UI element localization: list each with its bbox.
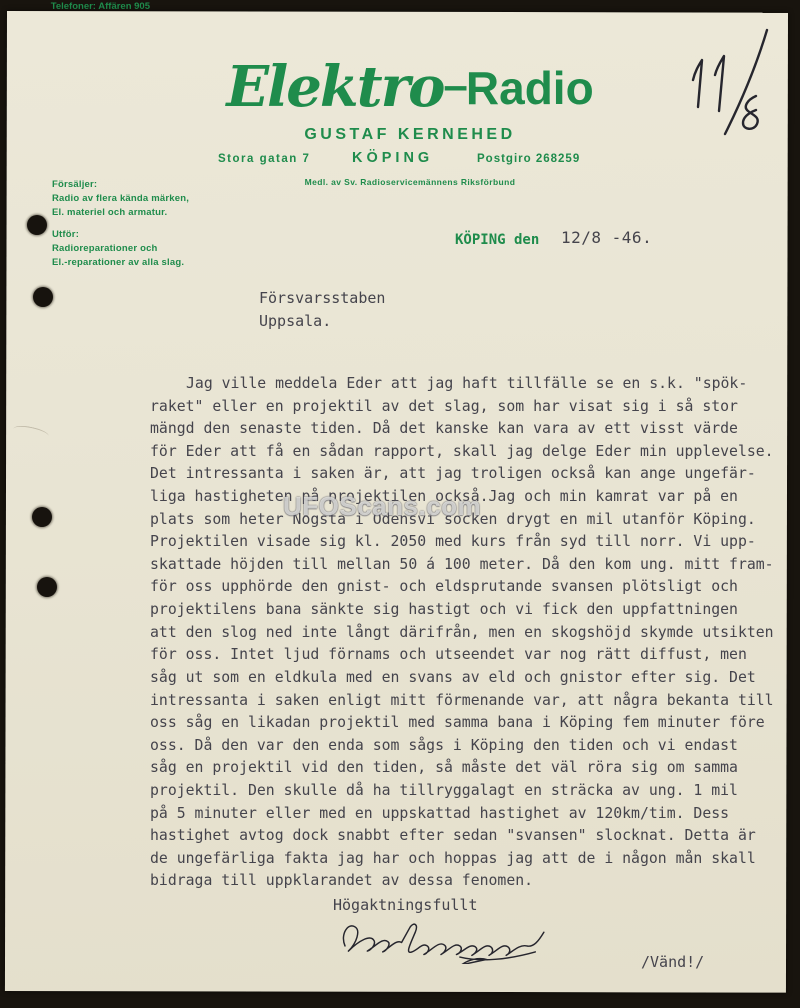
sells-block: Försäljer: Radio av flera kända märken, … — [52, 178, 189, 221]
street-address: Stora gatan 7 — [218, 153, 310, 165]
body-line: på 5 minuter eller med en uppskattad has… — [150, 805, 790, 828]
signature-handwriting-icon — [333, 909, 573, 964]
body-line: intressanta i saken enligt mitt förmenan… — [150, 692, 790, 715]
body-line: skattade höjden till mellan 50 á 100 met… — [150, 556, 790, 579]
punch-hole — [37, 577, 57, 597]
body-line: projektilens bana sänkte sig hastigt och… — [150, 601, 790, 624]
postgiro-number: Postgiro 268259 — [477, 153, 580, 165]
letter-body: Jag ville meddela Eder att jag haft till… — [150, 375, 790, 895]
recipient-block: Försvarsstaben Uppsala. — [259, 287, 385, 332]
turn-page-note: /Vänd!/ — [641, 953, 704, 971]
punch-hole — [33, 287, 53, 307]
printed-dateline: KÖPING den — [455, 232, 539, 248]
does-line: Radioreparationer och — [52, 242, 184, 256]
logo-script-text: Elektro — [226, 54, 443, 120]
watermark-text: UFOScans.com — [283, 491, 481, 522]
handwritten-date-annotation-icon — [655, 24, 795, 139]
does-title: Utför: — [52, 228, 184, 242]
body-line: för Eder att få en sådan rapport, skall … — [150, 443, 790, 466]
body-line: för oss upphörde den gnist- och eldsprut… — [150, 578, 790, 601]
body-line: såg ut som en eldkula med en svans av el… — [150, 669, 790, 692]
does-line: El.-reparationer av alla slag. — [52, 256, 184, 270]
typed-date: 12/8 -46. — [561, 228, 652, 247]
body-line: Det intressanta i saken är, att jag trol… — [150, 465, 790, 488]
body-line: oss. Då den var den enda som sågs i Köpi… — [150, 737, 790, 760]
punch-hole — [32, 507, 52, 527]
city-name: KÖPING — [352, 150, 433, 166]
punch-hole — [27, 215, 47, 235]
sells-title: Försäljer: — [52, 178, 189, 192]
logo-sans-text: Radio — [466, 62, 594, 114]
body-line: att den slog ned inte långt därifrån, me… — [150, 624, 790, 647]
recipient-line: Uppsala. — [259, 310, 385, 333]
body-line: projektil. Den skulle då ha tillryggalag… — [150, 782, 790, 805]
body-line: bidraga till uppklarandet av dessa fenom… — [150, 872, 790, 895]
body-line: såg en projektil vid den tiden, så måste… — [150, 759, 790, 782]
sells-line: El. materiel och armatur. — [52, 206, 189, 220]
company-logo: Elektro–Radio — [190, 54, 630, 120]
body-line: för oss. Intet ljud förnams och utseende… — [150, 646, 790, 669]
does-block: Utför: Radioreparationer och El.-reparat… — [52, 228, 184, 271]
body-line: Projektilen visade sig kl. 2050 med kurs… — [150, 533, 790, 556]
scanned-letter-page: Elektro–Radio GUSTAF KERNEHED Stora gata… — [0, 0, 800, 1008]
membership-line: Medl. av Sv. Radioservicemännens Riksför… — [190, 177, 630, 187]
body-line: raket" eller en projektil av det slag, s… — [150, 398, 790, 421]
body-line: mängd den senaste tiden. Då det kanske k… — [150, 420, 790, 443]
body-line: oss såg en likadan projektil med samma b… — [150, 714, 790, 737]
body-line: hastighet avtog dock snabbt efter sedan … — [150, 827, 790, 850]
body-line: de ungefärliga fakta jag har och hoppas … — [150, 850, 790, 873]
recipient-line: Försvarsstaben — [259, 287, 385, 310]
sells-line: Radio av flera kända märken, — [52, 192, 189, 206]
logo-dash: – — [443, 61, 465, 110]
owner-name: GUSTAF KERNEHED — [190, 126, 630, 144]
body-line: Jag ville meddela Eder att jag haft till… — [150, 375, 790, 398]
